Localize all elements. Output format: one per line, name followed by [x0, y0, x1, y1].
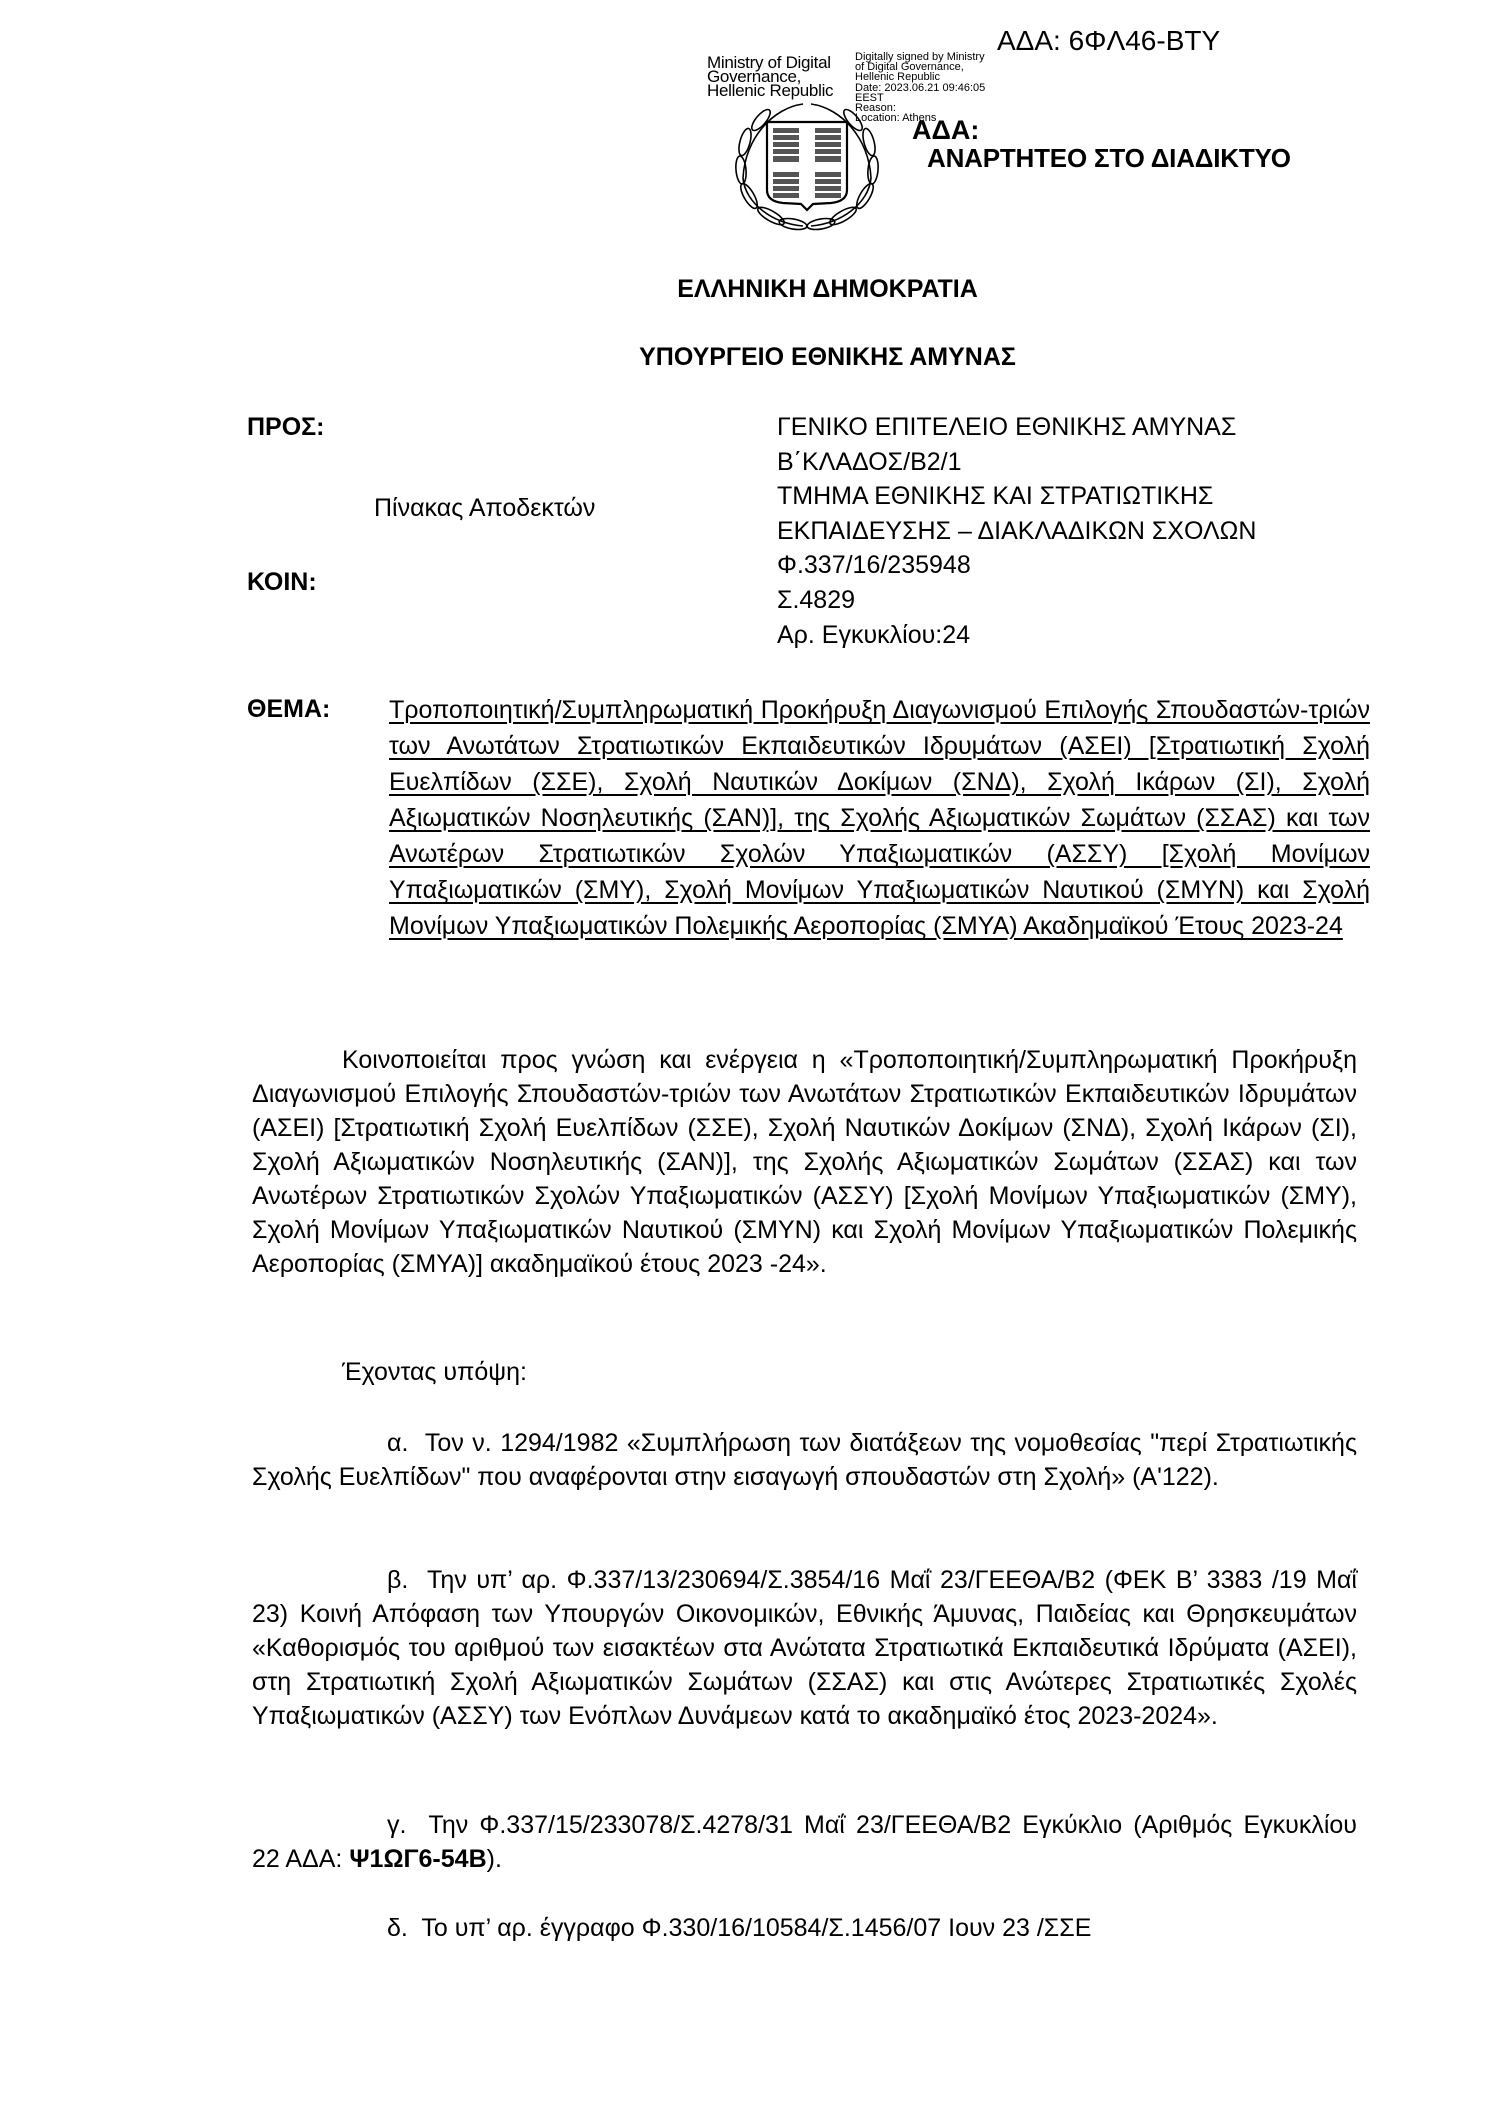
sender-line: Β΄ΚΛΑΔΟΣ/Β2/1 — [777, 445, 1256, 480]
sender-line: Σ.4829 — [777, 583, 1256, 618]
reference-item: β. Την υπ’ αρ. Φ.337/13/230694/Σ.3854/16… — [252, 1563, 1357, 1733]
subject-label: ΘΕΜΑ: — [247, 692, 330, 726]
reference-marker: β. — [387, 1566, 408, 1594]
republic-heading: ΕΛΛΗΝΙΚΗ ΔΗΜΟΚΡΑΤΙΑ — [0, 274, 1500, 304]
sender-line: ΕΚΠΑΙΔΕΥΣΗΣ – ΔΙΑΚΛΑΔΙΚΩΝ ΣΧΟΛΩΝ — [777, 514, 1256, 549]
reference-item: δ. Το υπ’ αρ. έγγραφο Φ.330/16/10584/Σ.1… — [252, 1911, 1357, 1945]
ada-code: ΑΔΑ: 6ΦΛ46-ΒΤΥ — [997, 24, 1220, 58]
sender-line: ΤΜΗΜΑ ΕΘΝΙΚΗΣ ΚΑΙ ΣΤΡΑΤΙΩΤΙΚΗΣ — [777, 479, 1256, 514]
considering-heading: Έχοντας υπόψη: — [252, 1355, 1357, 1389]
reference-item: α. Τον ν. 1294/1982 «Συμπλήρωση των διατ… — [252, 1426, 1357, 1494]
cc-label: ΚΟΙΝ: — [247, 565, 317, 599]
reference-marker: δ. — [387, 1914, 408, 1942]
digital-signature-details: Digitally signed by Ministry of Digital … — [855, 52, 985, 123]
reference-item: γ. Την Φ.337/15/233078/Σ.4278/31 Μαΐ 23/… — [252, 1808, 1357, 1876]
ministry-heading: ΥΠΟΥΡΓΕΙΟ ΕΘΝΙΚΗΣ ΑΜΥΝΑΣ — [0, 342, 1500, 372]
digital-signature-signer: Ministry of Digital Governance, Hellenic… — [707, 56, 833, 98]
subject-text: Τροποποιητική/Συμπληρωματική Προκήρυξη Δ… — [389, 692, 1370, 944]
signer-line: Hellenic Republic — [707, 84, 833, 98]
reference-ada-code: Ψ1ΩΓ6-54Β — [349, 1845, 486, 1873]
intro-paragraph: Κοινοποιείται προς γνώση και ενέργεια η … — [252, 1043, 1357, 1281]
to-label: ΠΡΟΣ: — [247, 410, 325, 444]
sender-line: ΓΕΝΙΚΟ ΕΠΙΤΕΛΕΙΟ ΕΘΝΙΚΗΣ ΑΜΥΝΑΣ — [777, 410, 1256, 445]
sender-block: ΓΕΝΙΚΟ ΕΠΙΤΕΛΕΙΟ ΕΘΝΙΚΗΣ ΑΜΥΝΑΣ Β΄ΚΛΑΔΟΣ… — [777, 410, 1256, 652]
reference-text: Το υπ’ αρ. έγγραφο Φ.330/16/10584/Σ.1456… — [421, 1914, 1091, 1942]
reference-text: Τον ν. 1294/1982 «Συμπλήρωση των διατάξε… — [252, 1429, 1357, 1491]
reference-marker: γ. — [387, 1811, 406, 1839]
sender-line: Αρ. Εγκυκλίου:24 — [777, 618, 1256, 653]
to-recipients-list: Πίνακας Αποδεκτών — [374, 491, 595, 525]
sender-line: Φ.337/16/235948 — [777, 548, 1256, 583]
reference-text: Την υπ’ αρ. Φ.337/13/230694/Σ.3854/16 Μα… — [252, 1566, 1357, 1730]
posting-notice: ΑΝΑΡΤΗΤΕΟ ΣΤΟ ΔΙΑΔΙΚΤΥΟ — [927, 142, 1291, 174]
reference-marker: α. — [387, 1429, 408, 1457]
reference-text-end: ). — [487, 1845, 502, 1873]
